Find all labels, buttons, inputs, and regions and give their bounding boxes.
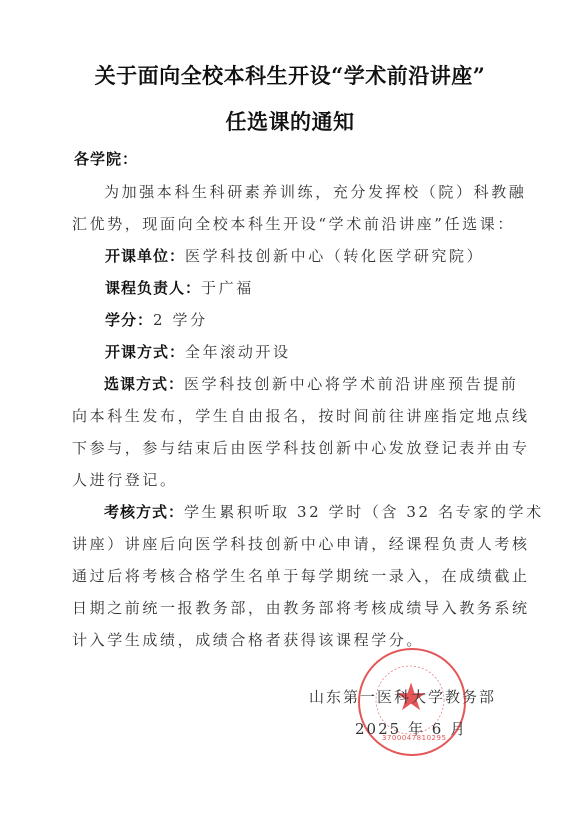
selection-label: 选课方式： (104, 375, 184, 393)
assessment-first-line: 考核方式：学生累积听取 32 学时（含 32 名专家的学术 (104, 501, 554, 522)
field-label: 课程负责人： (105, 279, 201, 297)
salutation: 各学院： (74, 148, 138, 169)
intro-line-1: 为加强本科生科研素养训练，充分发挥校（院）科教融 (104, 181, 554, 202)
assessment-line: 讲座）讲座后向医学科技创新中心申请，经课程负责人考核 (72, 533, 522, 554)
field-course-mode: 开课方式：全年滚动开设 (105, 341, 555, 362)
field-label: 开课方式： (105, 343, 185, 361)
assessment-label: 考核方式： (104, 503, 184, 521)
intro-line-2: 汇优势，现面向全校本科生开设“学术前沿讲座”任选课： (72, 213, 522, 234)
selection-line: 下参与，参与结束后由医学科技创新中心发放登记表并由专 (72, 437, 522, 458)
field-label: 开课单位： (105, 247, 185, 265)
selection-text: 医学科技创新中心将学术前沿讲座预告提前 (184, 375, 518, 393)
field-course-leader: 课程负责人：于广福 (105, 277, 555, 298)
assessment-line: 计入学生成绩，成绩合格者获得该课程学分。 (72, 629, 522, 650)
field-value: 2 学分 (153, 311, 208, 329)
signature-org: 山东第一医科大学教务部 (309, 686, 496, 707)
signature-date: 2025 年 6 月 (355, 718, 467, 739)
selection-first-line: 选课方式：医学科技创新中心将学术前沿讲座预告提前 (104, 373, 554, 394)
selection-line: 向本科生发布，学生自由报名，按时间前往讲座指定地点线 (72, 405, 522, 426)
field-label: 学分： (105, 311, 153, 329)
document-title-line1: 关于面向全校本科生开设“学术前沿讲座” (0, 60, 580, 90)
field-course-unit: 开课单位：医学科技创新中心（转化医学研究院） (105, 245, 555, 266)
document-title-line2: 任选课的通知 (0, 106, 580, 136)
assessment-text: 学生累积听取 32 学时（含 32 名专家的学术 (184, 503, 544, 521)
field-value: 于广福 (201, 279, 254, 297)
field-value: 全年滚动开设 (185, 343, 291, 361)
selection-line: 人进行登记。 (72, 469, 522, 490)
field-value: 医学科技创新中心（转化医学研究院） (185, 247, 484, 265)
assessment-line: 通过后将考核合格学生名单于每学期统一录入，在成绩截止 (72, 565, 522, 586)
field-credits: 学分：2 学分 (105, 309, 555, 330)
assessment-line: 日期之前统一报教务部，由教务部将考核成绩导入教务系统 (72, 597, 522, 618)
